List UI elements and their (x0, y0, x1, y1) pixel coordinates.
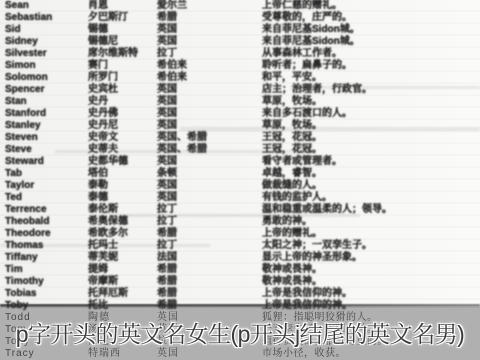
origin-cell: 英国 (157, 24, 177, 36)
english-name-cell: Silvester (5, 48, 47, 60)
meaning-cell: 做裁缝的人。 (262, 180, 476, 192)
table-row: Tiffany 蒂芙妮 法国 显示上帝的神圣形象。 (0, 252, 480, 264)
meaning-cell: 敬神或畏神。 (262, 264, 476, 276)
chinese-name-cell: 史都华德 (88, 156, 128, 168)
origin-cell: 希腊 (157, 288, 177, 300)
table-row: Sid 锡德 英国 来自菲尼基Sidon城。 (0, 24, 480, 36)
table-row: Solomon 所罗门 希伯来 和平，平安。 (0, 72, 480, 84)
chinese-name-cell: 泰伦斯 (88, 204, 118, 216)
english-name-cell: Theodore (5, 228, 51, 240)
english-name-cell: Tim (5, 264, 23, 276)
origin-cell: 爱尔兰 (157, 0, 187, 12)
english-name-cell: Stan (5, 96, 27, 108)
english-name-cell: Steve (5, 144, 32, 156)
table-row: Tim 提姆 希腊 敬神或畏神。 (0, 264, 480, 276)
chinese-name-cell: 锡德尼 (88, 36, 118, 48)
chinese-name-cell: 赛门 (88, 60, 108, 72)
table-row: Steward 史都华德 英国 看守者或管理者。 (0, 156, 480, 168)
chinese-name-cell: 史帝文 (88, 132, 118, 144)
origin-cell: 法国 (157, 252, 177, 264)
origin-cell: 英国 (157, 36, 177, 48)
table-row: Tom 汤姆 英国 一双孪生子；太阳之神。 (0, 324, 480, 336)
chinese-name-cell: 汤尼 (88, 336, 110, 348)
english-name-cell: Tony (5, 336, 30, 348)
chinese-name-cell: 锡德 (88, 24, 108, 36)
table-row: Steve 史蒂夫 英国、希腊 王冠，花冠。 (0, 144, 480, 156)
chinese-name-cell: 席尔维斯特 (88, 48, 138, 60)
table-row: Tab 塔伯 条顿 卓越，睿智。 (0, 168, 480, 180)
table-row: Stanley 史丹尼 英国 草原，牧场。 (0, 120, 480, 132)
table-row: Thomas 托玛士 拉丁 太阳之神；一双孪生子。 (0, 240, 480, 252)
meaning-cell: 上帝是我信仰的神。 (262, 288, 476, 300)
table-row: Timothy 帝摩斯 希腊 敬神或畏神。 (0, 276, 480, 288)
table-row: Theodore 希欧多尔 希腊 上帝的赠礼。 (0, 228, 480, 240)
meaning-cell: 上帝的赠礼。 (262, 228, 476, 240)
meaning-cell: 看守者或管理者。 (262, 156, 476, 168)
table-row: Silvester 席尔维斯特 拉丁 从事森林工作者。 (0, 48, 480, 60)
english-name-cell: Solomon (5, 72, 48, 84)
chinese-name-cell: 史丹尼 (88, 120, 118, 132)
table-row: Terrence 泰伦斯 拉丁 温和稳重或温柔的人；领导。 (0, 204, 480, 216)
meaning-cell: 市场小径，收获。 (262, 348, 476, 360)
english-name-cell: Steward (5, 156, 44, 168)
origin-cell: 英国 (157, 324, 179, 336)
meaning-cell: 来自多石渡口的人。 (262, 108, 476, 120)
chinese-name-cell: 泰勒 (88, 180, 108, 192)
table-row: Stan 史丹 英国 草原，牧场。 (0, 96, 480, 108)
english-name-cell: Stanley (5, 120, 41, 132)
chinese-name-cell: 史丹 (88, 96, 108, 108)
meaning-cell: 上帝是我信仰的神。 (262, 300, 476, 312)
screenshot-root: Sean 肖恩 爱尔兰 上帝仁慈的赠礼。 Sebastian 夕巴斯汀 希腊 受… (0, 0, 480, 360)
table-row: Tony 汤尼 拉丁 值得赞美的，很受尊重的。 (0, 336, 480, 348)
chinese-name-cell: 汤姆 (88, 324, 110, 336)
origin-cell: 英国、希腊 (157, 132, 207, 144)
origin-cell: 英国 (157, 312, 179, 324)
chinese-name-cell: 希欧多尔 (88, 228, 128, 240)
meaning-cell: 敬神或畏神。 (262, 276, 476, 288)
meaning-cell: 勇敢的神。 (262, 216, 476, 228)
origin-cell: 希腊 (157, 300, 177, 312)
english-name-cell: Toby (5, 300, 28, 312)
chinese-name-cell: 希奥保德 (88, 216, 128, 228)
origin-cell: 希伯来 (157, 60, 187, 72)
table-row: Sidney 锡德尼 英国 来自菲尼基Sidon城。 (0, 36, 480, 48)
table-row: Simon 赛门 希伯来 聆听者；扁鼻子的。 (0, 60, 480, 72)
chinese-name-cell: 提姆 (88, 264, 108, 276)
meaning-cell: 一双孪生子；太阳之神。 (262, 324, 476, 336)
meaning-cell: 王冠，花冠。 (262, 144, 476, 156)
chinese-name-cell: 史丹佛 (88, 108, 118, 120)
table-row: Sean 肖恩 爱尔兰 上帝仁慈的赠礼。 (0, 0, 480, 12)
english-name-cell: Terrence (5, 204, 47, 216)
english-name-cell: Theobald (5, 216, 49, 228)
chinese-name-cell: 泰德 (88, 192, 108, 204)
origin-cell: 条顿 (157, 168, 177, 180)
english-name-cell: Spencer (5, 84, 44, 96)
meaning-cell: 来自菲尼基Sidon城。 (262, 24, 476, 36)
origin-cell: 拉丁 (157, 216, 177, 228)
chinese-name-cell: 塔伯 (88, 168, 108, 180)
origin-cell: 希腊 (157, 276, 177, 288)
meaning-cell: 从事森林工作者。 (262, 48, 476, 60)
origin-cell: 拉丁 (157, 48, 177, 60)
meaning-cell: 温和稳重或温柔的人；领导。 (262, 204, 476, 216)
english-name-cell: Taylor (5, 180, 34, 192)
table-row: Stanford 史丹佛 英国 来自多石渡口的人。 (0, 108, 480, 120)
meaning-cell: 草原，牧场。 (262, 96, 476, 108)
origin-cell: 拉丁 (157, 336, 179, 348)
origin-cell: 英国 (157, 192, 177, 204)
origin-cell: 英国 (157, 108, 177, 120)
english-name-cell: Sebastian (5, 12, 52, 24)
meaning-cell: 来自菲尼基Sidon城。 (262, 36, 476, 48)
chinese-name-cell: 托比 (88, 300, 108, 312)
table-row: Tobias 托拜厄斯 希腊 上帝是我信仰的神。 (0, 288, 480, 300)
meaning-cell: 有钱的监护人。 (262, 192, 476, 204)
origin-cell: 希伯来 (157, 72, 187, 84)
origin-cell: 英国 (157, 120, 177, 132)
english-name-cell: Todd (5, 312, 31, 324)
origin-cell: 希腊 (157, 264, 177, 276)
table-row: Spencer 史宾杜 英国 店主；治理者，行政官。 (0, 84, 480, 96)
english-name-cell: Steven (5, 132, 38, 144)
origin-cell: 拉丁 (157, 240, 177, 252)
meaning-cell: 王冠，花冠。 (262, 132, 476, 144)
table-row: Taylor 泰勒 英国 做裁缝的人。 (0, 180, 480, 192)
names-table: Sean 肖恩 爱尔兰 上帝仁慈的赠礼。 Sebastian 夕巴斯汀 希腊 受… (0, 0, 480, 360)
origin-cell: 英国 (157, 348, 179, 360)
english-name-cell: Stanford (5, 108, 46, 120)
meaning-cell: 受尊敬的，庄严的。 (262, 12, 476, 24)
origin-cell: 英国 (157, 156, 177, 168)
chinese-name-cell: 托拜厄斯 (88, 288, 128, 300)
origin-cell: 英国 (157, 180, 177, 192)
chinese-name-cell: 所罗门 (88, 72, 118, 84)
chinese-name-cell: 蒂芙妮 (88, 252, 118, 264)
table-row: Steven 史帝文 英国、希腊 王冠，花冠。 (0, 132, 480, 144)
english-name-cell: Tracy (5, 348, 35, 360)
origin-cell: 英国、希腊 (157, 144, 207, 156)
english-name-cell: Sean (5, 0, 29, 12)
chinese-name-cell: 托玛士 (88, 240, 118, 252)
meaning-cell: 聆听者；扁鼻子的。 (262, 60, 476, 72)
english-name-cell: Tobias (5, 288, 36, 300)
origin-cell: 英国 (157, 96, 177, 108)
meaning-cell: 狐狸：指聪明狡猾的人。 (262, 312, 476, 324)
table-row: Tracy 特瑞西 英国 市场小径，收获。 (0, 348, 480, 360)
english-name-cell: Sidney (5, 36, 38, 48)
english-name-cell: Sid (5, 24, 21, 36)
origin-cell: 希腊 (157, 228, 177, 240)
english-name-cell: Timothy (5, 276, 44, 288)
english-name-cell: Simon (5, 60, 36, 72)
table-row: Sebastian 夕巴斯汀 希腊 受尊敬的，庄严的。 (0, 12, 480, 24)
english-name-cell: Tiffany (5, 252, 38, 264)
meaning-cell: 上帝仁慈的赠礼。 (262, 0, 476, 12)
chinese-name-cell: 肖恩 (88, 0, 108, 12)
english-name-cell: Tab (5, 168, 22, 180)
chinese-name-cell: 帝摩斯 (88, 276, 118, 288)
chinese-name-cell: 夕巴斯汀 (88, 12, 128, 24)
table-row: Theobald 希奥保德 拉丁 勇敢的神。 (0, 216, 480, 228)
meaning-cell: 卓越，睿智。 (262, 168, 476, 180)
meaning-cell: 和平，平安。 (262, 72, 476, 84)
table-row: Todd 陶德 英国 狐狸：指聪明狡猾的人。 (0, 312, 480, 324)
english-name-cell: Thomas (5, 240, 43, 252)
chinese-name-cell: 陶德 (88, 312, 110, 324)
origin-cell: 希腊 (157, 12, 177, 24)
meaning-cell: 值得赞美的，很受尊重的。 (262, 336, 476, 348)
table-row: Toby 托比 希腊 上帝是我信仰的神。 (0, 300, 480, 312)
origin-cell: 拉丁 (157, 204, 177, 216)
meaning-cell: 草原，牧场。 (262, 120, 476, 132)
table-row: Ted 泰德 英国 有钱的监护人。 (0, 192, 480, 204)
chinese-name-cell: 特瑞西 (88, 348, 121, 360)
meaning-cell: 太阳之神；一双孪生子。 (262, 240, 476, 252)
origin-cell: 英国 (157, 84, 177, 96)
meaning-cell: 店主；治理者，行政官。 (262, 84, 476, 96)
chinese-name-cell: 史宾杜 (88, 84, 118, 96)
chinese-name-cell: 史蒂夫 (88, 144, 118, 156)
meaning-cell: 显示上帝的神圣形象。 (262, 252, 476, 264)
english-name-cell: Tom (5, 324, 27, 336)
english-name-cell: Ted (5, 192, 22, 204)
